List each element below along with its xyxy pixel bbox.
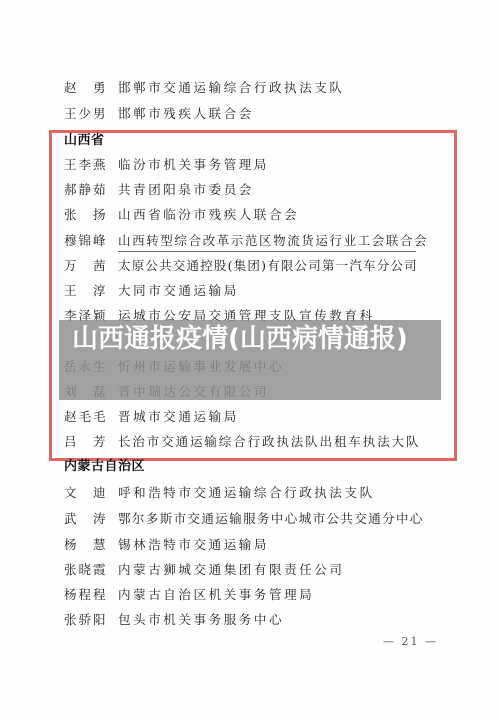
list-item: 王 淳 大同市交通运输局 <box>0 281 500 301</box>
person-name: 文 迪 <box>64 483 108 503</box>
organization: 呼和浩特市交通运输综合行政执法支队 <box>118 483 375 503</box>
page-number: — 21 — <box>383 634 438 650</box>
list-item: 王少男 邯郸市残疾人联合会 <box>0 104 500 124</box>
organization: 内蒙古自治区机关事务管理局 <box>118 585 314 605</box>
list-item: 郝静茹 共青团阳泉市委员会 <box>0 180 500 200</box>
list-item: 张 扬 山西省临汾市残疾人联合会 <box>0 205 500 225</box>
person-name: 郝静茹 <box>64 180 108 200</box>
person-name: 赵 勇 <box>64 78 108 98</box>
organization: 山西省临汾市残疾人联合会 <box>118 205 299 225</box>
list-item: 武 涛 鄂尔多斯市交通运输服务中心城市公共交通分中心 <box>0 509 500 529</box>
organization: 临汾市机关事务管理局 <box>118 155 269 175</box>
list-item: 赵毛毛 晋城市交通运输局 <box>0 407 500 427</box>
person-name: 王少男 <box>64 104 108 124</box>
list-item: 张晓霞 内蒙古狮城交通集团有限责任公司 <box>0 560 500 580</box>
organization: 晋城市交通运输局 <box>118 407 239 427</box>
organization: 山西转型综合改革示范区物流货运行业工会联合会 <box>118 231 428 251</box>
list-item: 张骄阳 包头市机关事务服务中心 <box>0 610 500 630</box>
section-heading-shanxi: 山西省 <box>64 131 105 151</box>
overlay-title: 山西通报疫情(山西病情通报) <box>72 322 432 356</box>
list-item: 杨程程 内蒙古自治区机关事务管理局 <box>0 585 500 605</box>
person-name: 张骄阳 <box>64 610 108 630</box>
person-name: 王李燕 <box>64 155 108 175</box>
list-item: 吕 芳 长治市交通运输综合行政执法队出租车执法大队 <box>0 432 500 452</box>
organization: 太原公共交通控股(集团)有限公司第一汽车分公司 <box>118 256 418 276</box>
organization: 锡林浩特市交通运输局 <box>118 535 269 555</box>
organization: 长治市交通运输综合行政执法队出租车执法大队 <box>118 432 420 452</box>
person-name: 张 扬 <box>64 205 108 225</box>
person-name: 杨 慧 <box>64 535 108 555</box>
list-item: 穆锦峰 山西转型综合改革示范区物流货运行业工会联合会 <box>0 231 500 251</box>
organization: 鄂尔多斯市交通运输服务中心城市公共交通分中心 <box>118 509 424 529</box>
organization: 邯郸市交通运输综合行政执法支队 <box>118 78 345 98</box>
underline <box>118 251 416 252</box>
list-item: 王李燕 临汾市机关事务管理局 <box>0 155 500 175</box>
person-name: 武 涛 <box>64 509 108 529</box>
person-name: 万 茜 <box>64 256 108 276</box>
list-item: 万 茜 太原公共交通控股(集团)有限公司第一汽车分公司 <box>0 256 500 276</box>
person-name: 吕 芳 <box>64 432 108 452</box>
person-name: 杨程程 <box>64 585 108 605</box>
person-name: 穆锦峰 <box>64 231 108 251</box>
list-item: 文 迪 呼和浩特市交通运输综合行政执法支队 <box>0 483 500 503</box>
organization: 内蒙古狮城交通集团有限责任公司 <box>118 560 345 580</box>
organization: 包头市机关事务服务中心 <box>118 610 284 630</box>
organization: 共青团阳泉市委员会 <box>118 180 254 200</box>
document-page: 赵 勇 邯郸市交通运输综合行政执法支队 王少男 邯郸市残疾人联合会 山西省 王李… <box>0 0 500 721</box>
section-heading-inner-mongolia: 内蒙古自治区 <box>64 457 145 477</box>
person-name: 王 淳 <box>64 281 108 301</box>
person-name: 赵毛毛 <box>64 407 108 427</box>
list-item: 赵 勇 邯郸市交通运输综合行政执法支队 <box>0 78 500 98</box>
person-name: 张晓霞 <box>64 560 108 580</box>
organization: 大同市交通运输局 <box>118 281 239 301</box>
list-item: 杨 慧 锡林浩特市交通运输局 <box>0 535 500 555</box>
organization: 邯郸市残疾人联合会 <box>118 104 254 124</box>
